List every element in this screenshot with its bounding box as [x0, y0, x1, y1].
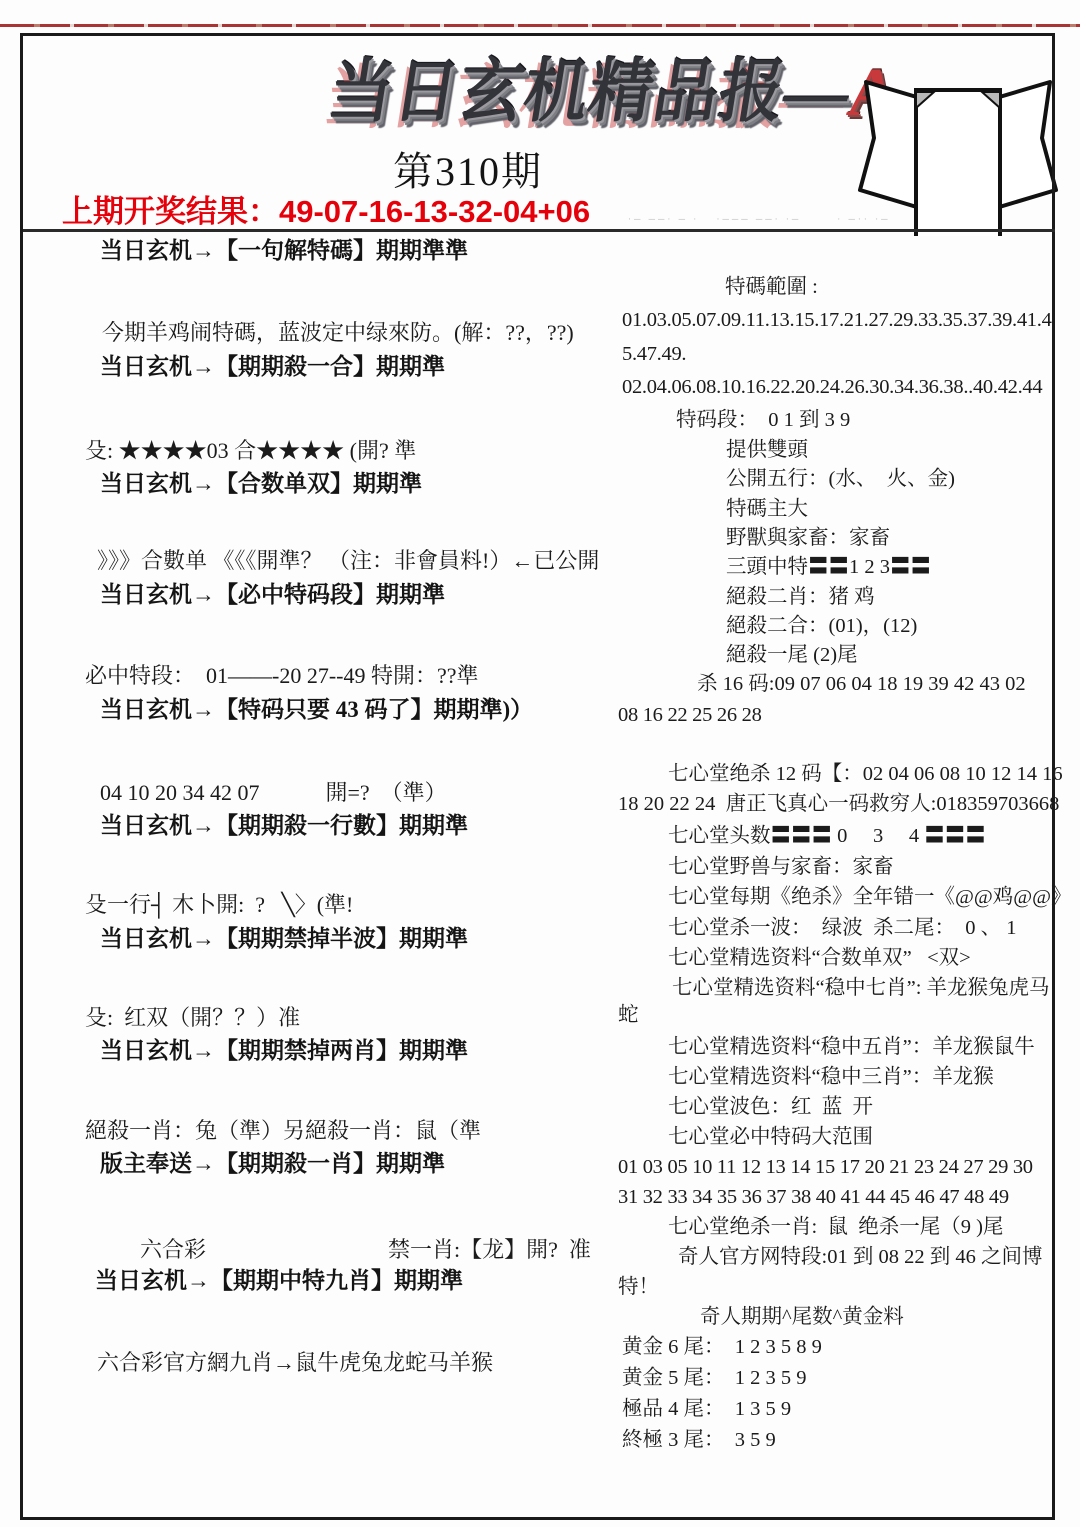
col-right-line: 31 32 33 34 35 36 37 38 40 41 44 45 46 4… [618, 1185, 1009, 1209]
col-right-line: 七心堂精选资料“合数单双” <双> [668, 946, 971, 970]
col-right-line: 特！ [618, 1275, 659, 1299]
col-right-line: 蛇 [618, 1003, 639, 1027]
col-right-line: 終極 3 尾： 3 5 9 [622, 1428, 776, 1452]
col-left-line: 当日玄机→【期期禁掉半波】期期準 [100, 925, 468, 952]
col-left-line: 》》》合數单 《《《開準？ （注：非會員料!）←已公開 [97, 548, 599, 574]
col-right-line: 01 03 05 10 11 12 13 14 15 17 20 21 23 2… [618, 1155, 1033, 1179]
col-left-line: 殳一行┤ 木卜開: ? ╲〉(準! [85, 892, 353, 918]
col-right-line: 七心堂头数〓〓〓 0 3 4 〓〓〓 [668, 824, 986, 848]
col-right-line: 極品 4 尾： 1 3 5 9 [622, 1397, 791, 1421]
col-left-line: 六合彩 [140, 1237, 206, 1263]
col-left-line: 六合彩官方網九肖→鼠牛虎兔龙蛇马羊猴 [97, 1350, 493, 1376]
col-right-line: 提供雙頭 [726, 438, 808, 462]
col-right-line: 奇人官方网特段:01 到 08 22 到 46 之间博 [678, 1245, 1042, 1269]
col-right-line: 七心堂绝杀一肖: 鼠 绝杀一尾（9 )尾 [668, 1215, 1003, 1239]
col-right-line: 杀 16 码:09 07 06 04 18 19 39 42 43 02 [697, 672, 1026, 696]
col-left-line: 必中特段： 01——-20 27--49 特開：??準 [85, 663, 479, 689]
col-left-line: 当日玄机→【一句解特碼】期期準準 [100, 237, 468, 264]
col-left-line: 禁一肖:【龙】開? 准 [388, 1237, 591, 1263]
col-right-line: 七心堂精选资料“稳中七肖”: 羊龙猴兔虎马 [672, 976, 1050, 1000]
col-left-line: 当日玄机→【特码只要 43 码了】期期準)） [100, 696, 533, 723]
col-left-line: 当日玄机→【期期中特九肖】期期準 [95, 1267, 463, 1294]
col-right-line: 特碼範圍 : [725, 275, 818, 299]
col-right-line: 絕殺一尾 (2)尾 [726, 643, 858, 667]
col-left-line: 当日玄机→【期期殺一行數】期期準 [100, 812, 468, 839]
col-right-line: 特碼主大 [726, 497, 808, 521]
top-red-rule [0, 24, 1080, 27]
newspaper-page: 当日玄机精品报—A 第310期 上期开奖结果：49-07-16-13-32-04… [0, 0, 1080, 1527]
col-right-line: 黄金 6 尾： 1 2 3 5 8 9 [622, 1335, 822, 1359]
col-right-line: 七心堂野兽与家畜：家畜 [668, 855, 894, 879]
col-right-line: 野獸與家畜：家畜 [726, 526, 890, 550]
col-right-line: 絕殺二肖：猪 鸡 [726, 585, 875, 609]
col-right-line: 七心堂精选资料“稳中五肖”：羊龙猴鼠牛 [668, 1035, 1035, 1059]
col-right-line: 01.03.05.07.09.11.13.15.17.21.27.29.33.3… [622, 308, 1052, 332]
col-right-line: 七心堂精选资料“稳中三肖”：羊龙猴 [668, 1065, 994, 1089]
col-right-line: 08 16 22 25 26 28 [618, 703, 762, 727]
col-right-line: 七心堂波色：红 蓝 开 [668, 1095, 873, 1119]
col-right-line: 七心堂必中特码大范围 [668, 1125, 873, 1149]
col-right-line: 02.04.06.08.10.16.22.20.24.26.30.34.36.3… [622, 375, 1042, 399]
col-right-line: 絕殺二合：(01)，(12) [726, 614, 917, 638]
col-left-line: 当日玄机→【合数单双】期期準 [100, 470, 422, 497]
col-right-line: 黄金 5 尾： 1 2 3 5 9 [622, 1366, 807, 1390]
col-left-line: 版主奉送→【期期殺一肖】期期準 [100, 1150, 445, 1177]
col-right-line: 七心堂绝杀 12 码【：02 04 06 08 10 12 14 16 [668, 762, 1063, 786]
col-right-line: 18 20 22 24 唐正飞真心一码救穷人:018359703668 [618, 792, 1059, 816]
header-divider [23, 229, 1055, 232]
col-left-line: 殳: 红双（開？？）准 [85, 1005, 300, 1031]
col-right-line: 三頭中特〓〓1 2 3〓〓 [726, 555, 931, 579]
col-left-line: 今期羊鸡闹特碼，蓝波定中绿來防。(解：??，??) [102, 320, 574, 346]
col-left-line: 当日玄机→【期期禁掉两肖】期期準 [100, 1037, 468, 1064]
col-right-line: 七心堂杀一波： 绿波 杀二尾： 0 、 1 [668, 916, 1017, 940]
col-right-line: 奇人期期^尾数^黄金料 [700, 1305, 904, 1329]
col-left-line: 04 10 20 34 42 07 開=? （準） [100, 780, 447, 806]
col-left-line: 殳: ★★★★03 合★★★★ (開? 準 [85, 438, 416, 464]
col-left-line: 当日玄机→【期期殺一合】期期準 [100, 353, 445, 380]
col-left-line: 絕殺一肖：兔（準）另絕殺一肖：鼠（準 [85, 1118, 481, 1144]
col-left-line: 当日玄机→【必中特码段】期期準 [100, 581, 445, 608]
col-right-line: 特码段： 0 1 到 3 9 [676, 408, 850, 432]
col-right-line: 公開五行：(水、 火、金) [726, 467, 955, 491]
col-right-line: 5.47.49. [622, 342, 686, 366]
col-right-line: 七心堂每期《绝杀》全年错一《@@鸡@@》 [668, 885, 1072, 909]
